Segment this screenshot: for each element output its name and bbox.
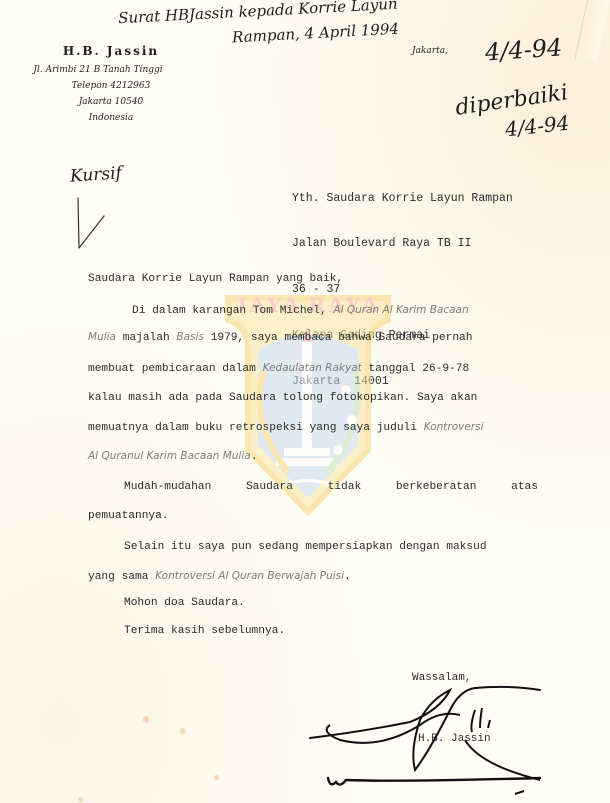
stain [180, 728, 185, 734]
letterhead-name: H.B. Jassin [36, 44, 186, 58]
word: Mudah-mudahan [124, 481, 211, 493]
text: majalah [116, 332, 176, 344]
text: . [251, 451, 258, 463]
arrow-down-icon [70, 196, 110, 252]
paragraph-3-line-1: Selain itu saya pun sedang mempersiapkan… [124, 541, 487, 553]
stain [78, 797, 83, 802]
word: berkeberatan [396, 481, 477, 493]
stain [143, 716, 149, 723]
letterhead-phone: Telepon 4212963 [36, 78, 186, 94]
letterhead-country: Indonesia [36, 110, 186, 126]
text: Di dalam karangan Tom Michel, [132, 305, 333, 317]
letterhead-city: Jakarta 10540 [36, 94, 186, 110]
signature-scribble [300, 670, 560, 800]
margin-note-kursif: Kursif [69, 163, 122, 187]
title-italic: Basis [176, 331, 204, 343]
letterhead-address: Jl. Arimbi 21 B Tanah Tinggi [10, 62, 186, 78]
paragraph-2-line-1: Mudah-mudahan Saudara tidak berkeberatan… [124, 481, 538, 493]
letterhead: H.B. Jassin Jl. Arimbi 21 B Tanah Tinggi… [36, 44, 186, 126]
text: 1979, saya membaca bahwa Saudara pernah [204, 332, 473, 344]
paragraph-5: Terima kasih sebelumnya. [124, 625, 285, 637]
text: . [344, 571, 351, 583]
paragraph-1-line-6: Al Quranul Karim Bacaan Mulia. [88, 450, 257, 463]
title-italic: Kontroversi Al Quran Berwajah Puisi [155, 570, 344, 582]
text: tanggal 26-9-78 [362, 363, 469, 375]
stain [214, 775, 219, 780]
recipient-line: Jalan Boulevard Raya TB II [292, 236, 513, 251]
handwritten-date: 4/4-94 [484, 33, 563, 66]
folded-corner [574, 0, 610, 60]
paragraph-4: Mohon doa Saudara. [124, 597, 245, 609]
paragraph-1-line-2: Mulia majalah Basis 1979, saya membaca b… [88, 331, 472, 344]
paragraph-1-line-1: Di dalam karangan Tom Michel, Al Quran A… [132, 304, 469, 317]
title-italic: Mulia [88, 331, 116, 343]
recipient-line: Yth. Saudara Korrie Layun Rampan [292, 191, 513, 206]
word: atas [511, 481, 538, 493]
word: Saudara [246, 481, 293, 493]
word: tidak [328, 481, 362, 493]
title-italic: Al Quranul Karim Bacaan Mulia [88, 450, 251, 462]
paragraph-1-line-5: memuatnya dalam buku retrospeksi yang sa… [88, 421, 484, 434]
paragraph-2-line-2: pemuatannya. [88, 510, 169, 522]
title-italic: Al Quran Al Karim Bacaan [333, 304, 468, 316]
paragraph-3-line-2: yang sama Kontroversi Al Quran Berwajah … [88, 570, 351, 583]
salutation: Saudara Korrie Layun Rampan yang baik, [88, 273, 343, 285]
paragraph-1-line-4: kalau masih ada pada Saudara tolong foto… [88, 392, 477, 404]
text: membuat pembicaraan dalam [88, 363, 263, 375]
title-italic: Kontroversi [424, 421, 484, 433]
paragraph-1-line-3: membuat pembicaraan dalam Kedaulatan Rak… [88, 362, 469, 375]
text: memuatnya dalam buku retrospeksi yang sa… [88, 422, 424, 434]
title-italic: Kedaulatan Rakyat [263, 362, 362, 374]
place-label: Jakarta, [412, 46, 448, 56]
text: yang sama [88, 571, 155, 583]
